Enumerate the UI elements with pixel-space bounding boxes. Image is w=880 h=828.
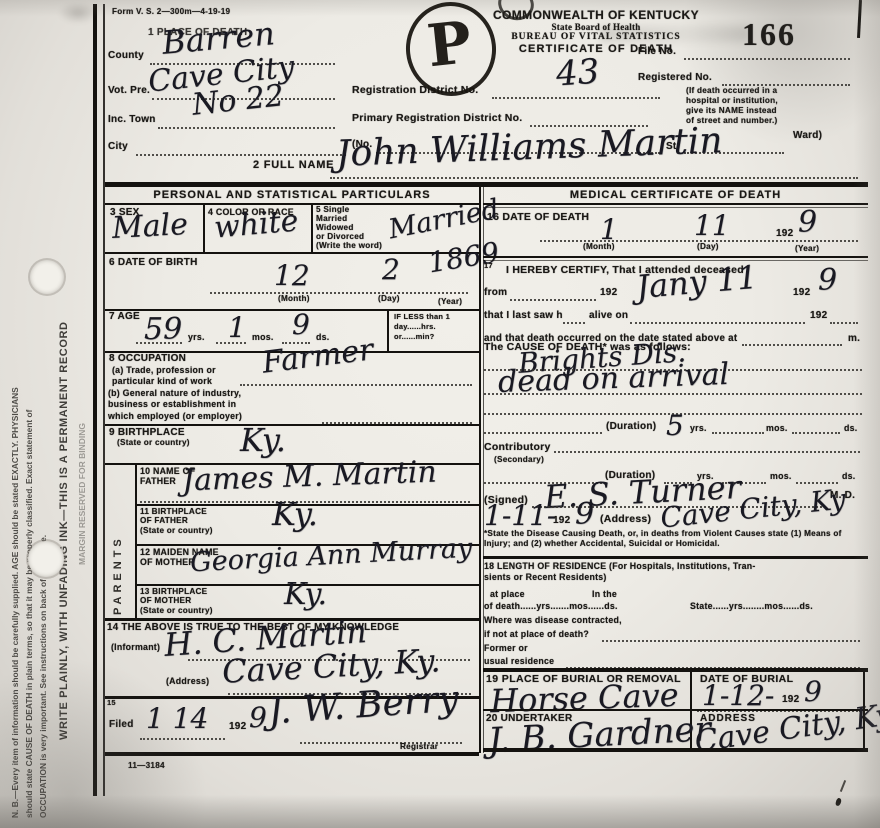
form-left-thin-border [103,4,105,796]
former-label: Former or [484,643,528,653]
age-ifless-divider [387,310,389,351]
burial-date-value: 1-12- [702,682,774,710]
dod-rule-1 [483,256,868,258]
dod-rule-2 [483,260,868,261]
contributory-label: Contributory [484,441,551,453]
in-the-label: In the [592,589,617,599]
dob-month-label: (Month) [278,294,310,304]
footer-form-code: 11—3184 [128,761,165,771]
hole-punch [30,260,64,294]
dod-year-label: (Year) [795,244,819,254]
dod-year-printed: 192 [776,228,793,240]
commonwealth-title: COMMONWEALTH OF KENTUCKY [470,8,722,22]
duration-yrs-label: yrs. [690,423,707,433]
dob-day-value: 2 [382,256,400,284]
file-no-line [684,56,850,60]
file-number-value: 166 [742,16,796,54]
medical-section-title: MEDICAL CERTIFICATE OF DEATH [483,189,868,202]
alive-on-line [630,320,805,324]
pen-tick-bottom-right [840,780,846,792]
race-marital-divider [311,204,313,253]
filed-year-printed: 192 [229,721,246,733]
certify-item-number: 17 [484,262,493,271]
usual-residence-label: usual residence [484,656,554,666]
dod-month-value: 1 [600,216,618,244]
filed-date-line [140,736,225,740]
filed-year-value: 9 [249,704,267,732]
duration-years-value: 5 [666,412,684,440]
margin-binding-note: MARGIN RESERVED FOR BINDING [77,330,87,565]
father-birthplace-value: Ky. [272,498,318,530]
left-bottom-rule [105,752,479,756]
dod-month-label: (Month) [583,242,615,252]
alive-on-label: alive on [589,310,628,322]
city-label: City [108,141,128,153]
last-saw-line-1 [563,320,585,324]
last-saw-year-printed: 192 [810,310,827,322]
attended-date-value: Jany 11 [635,261,759,303]
occupation-a-line [240,382,472,386]
filed-item-number: 15 [107,699,116,708]
full-name-label: 2 FULL NAME [253,159,334,172]
signed-year-value: 9 [575,500,594,530]
residence-label: 18 LENGTH OF RESIDENCE (For Hospitals, I… [484,561,864,584]
death-occurred-line [742,342,842,346]
age-years-line [136,340,182,344]
address-paren-label: (Address) [600,513,651,525]
dod-year-value: 9 [798,208,817,238]
if-not-label: if not at place of death? [484,629,589,639]
mother-name-value: Georgia Ann Murray [189,535,472,577]
corner-mark-top-right [857,0,862,38]
informant-address-label: (Address) [166,676,209,686]
birthplace-value: Ky. [240,424,286,456]
filed-label: Filed [109,719,134,731]
registered-no-label: Registered No. [638,72,712,84]
occupation-rule [105,424,479,426]
date-of-death-label: 16 DATE OF DEATH [487,211,589,223]
occupation-b-label: (b) General nature of industry, business… [108,388,242,422]
right-edge-border [863,668,865,752]
informant-label: (Informant) [111,642,160,652]
dob-month-value: 12 [274,262,310,290]
registration-district-value: 43 [555,55,601,92]
header-divider-rule [105,182,868,187]
parents-strip-divider [135,463,137,619]
inc-town-label: Inc. Town [108,114,156,126]
age-months-value: 1 [228,314,246,342]
attended-year-value: 9 [818,266,837,296]
dod-day-label: (Day) [697,242,719,252]
full-name-value: John Williams Martin [335,123,723,172]
sex-race-divider [203,204,205,253]
attended-year-printed: 192 [793,287,810,299]
registration-district-line [492,95,660,99]
duration-mos-label: mos. [766,423,788,433]
duration2-ds-label: ds. [842,471,855,481]
death-occurred-m-label: m. [848,333,860,345]
precinct-label: Vot. Pre. [108,85,150,97]
contracted-label: Where was disease contracted, [484,615,622,625]
race-value: white [213,206,300,243]
of-death-line: of death......yrs.......mos......ds. [484,601,618,611]
margin-write-plainly-note: WRITE PLAINLY, WITH UNFADING INK—THIS IS… [56,120,73,740]
from-line [510,297,596,301]
bureau-subtitle: BUREAU OF VITAL STATISTICS [470,32,722,43]
dob-year-label: (Year) [438,297,462,307]
registrar-label: Registrar [400,742,438,752]
filed-date-value: 1 14 [146,705,208,733]
father-name-value: James M. Martin [182,458,438,497]
row1-rule [105,252,479,254]
dob-label: 6 DATE OF BIRTH [109,257,198,269]
primary-registration-label: Primary Registration District No. [352,112,522,124]
margin-nb-note: N. B.—Every item of information should b… [8,368,50,818]
personal-section-title: PERSONAL AND STATISTICAL PARTICULARS [105,189,479,202]
sex-value: Male [111,210,188,244]
marital-label: 5 Single Married Widowed or Divorced (Wr… [316,205,382,250]
signed-date-value: 1-11- [484,502,556,530]
mother-birthplace-value: Ky. [284,580,327,610]
ward-label: Ward) [793,130,822,142]
inc-town-line [158,125,335,129]
county-label: County [108,50,144,62]
violent-deaths-note: *State the Disease Causing Death, or, in… [484,529,866,549]
dod-day-value: 11 [694,212,730,240]
form-left-heavy-border [93,4,97,796]
edge-smudge-top-left [58,2,98,24]
occupation-a-label: (a) Trade, profession or particular kind… [112,365,216,387]
duration-ds-label: ds. [844,423,857,433]
dob-line [210,290,468,294]
duration2-mos-label: mos. [770,471,792,481]
secondary-label: (Secondary) [494,455,544,465]
parents-vertical-label: PARENTS [112,470,124,615]
age-months-line [216,340,246,344]
pen-dot-bottom-right [835,797,842,806]
duration-yrs-line [712,430,764,434]
occupation-a-value: Farmer [261,335,375,378]
occupation-label: 8 OCCUPATION [109,353,186,365]
from-year-printed: 192 [600,287,617,299]
dob-day-label: (Day) [378,294,400,304]
hole-punch [28,541,64,577]
file-no-label: File No. [638,46,676,58]
contributory-line [554,449,860,453]
age-label: 7 AGE [109,311,140,323]
inc-town-value: No 22 [191,81,286,120]
age-days-value: 9 [292,311,310,339]
form-code: Form V. S. 2—300m—4-19-19 [112,7,230,17]
age-yrs-label: yrs. [188,332,205,342]
registrar-signature: J. W. Berry [267,681,460,730]
burial-year-printed: 192 [782,694,799,706]
birthplace-sub-label: (State or country) [117,438,190,448]
state-line: State......yrs........mos......ds. [690,601,813,611]
duration-label: (Duration) [606,421,656,433]
from-label: from [484,287,507,299]
if-less-note: IF LESS than 1 day......hrs. or......min… [394,312,450,342]
at-place-label: at place [490,589,525,599]
right-bottom-rule [483,748,868,752]
age-mos-label: mos. [252,332,274,342]
signed-year-printed: 192 [553,515,570,527]
contracted-line [602,638,860,642]
duration-mos-line [792,430,840,434]
cause-line-2 [484,391,862,395]
duration-lead-line [484,430,602,434]
city-line [136,152,346,156]
residence-rule [483,668,868,672]
dob-year-value: 1869 [426,239,501,278]
father-birthplace-label: 11 BIRTHPLACE OF FATHER (State or countr… [140,507,213,535]
burial-year-value: 9 [804,678,822,706]
last-saw-line-2 [830,320,858,324]
mother-birthplace-label: 13 BIRTHPLACE OF MOTHER (State or countr… [140,587,213,615]
full-name-line [330,175,858,179]
last-saw-label: that I last saw h [484,310,563,322]
death-certificate-scan: N. B.—Every item of information should b… [0,0,880,828]
violent-note-rule [483,556,868,559]
